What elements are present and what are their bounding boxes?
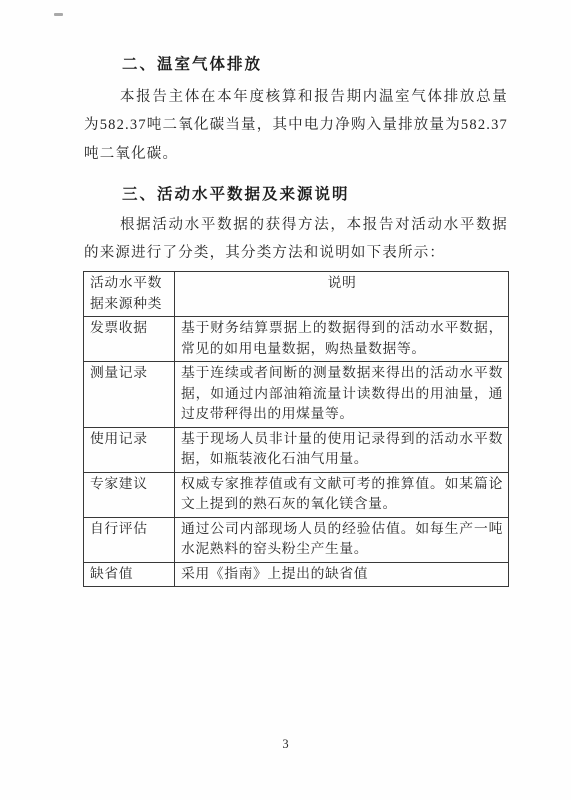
source-type-cell: 自行评估 xyxy=(84,517,175,562)
source-type-cell: 发票收据 xyxy=(84,317,175,362)
source-type-cell: 缺省值 xyxy=(84,562,175,587)
table-row: 发票收据 基于财务结算票据上的数据得到的活动水平数据，常见的如用电量数据，购热量… xyxy=(84,317,509,362)
section-heading-ghg-emissions: 二、温室气体排放 xyxy=(122,52,262,74)
source-type-cell: 测量记录 xyxy=(84,362,175,428)
activity-data-source-table: 活动水平数据来源种类 说明 发票收据 基于财务结算票据上的数据得到的活动水平数据… xyxy=(83,271,509,587)
document-page: 二、温室气体排放 本报告主体在本年度核算和报告期内温室气体排放总量为582.37… xyxy=(0,0,571,800)
table-row: 缺省值 采用《指南》上提出的缺省值 xyxy=(84,562,509,587)
page-number: 3 xyxy=(0,737,571,752)
table-row: 使用记录 基于现场人员非计量的使用记录得到的活动水平数据，如瓶装液化石油气用量。 xyxy=(84,427,509,472)
section-heading-activity-data: 三、活动水平数据及来源说明 xyxy=(122,182,350,204)
column-header-description: 说明 xyxy=(175,272,509,317)
description-cell: 基于现场人员非计量的使用记录得到的活动水平数据，如瓶装液化石油气用量。 xyxy=(175,427,509,472)
paragraph-ghg-emissions: 本报告主体在本年度核算和报告期内温室气体排放总量为582.37吨二氧化碳当量，其… xyxy=(84,83,508,168)
table-row: 测量记录 基于连续或者间断的测量数据来得出的活动水平数据，如通过内部油箱流量计读… xyxy=(84,362,509,428)
source-type-cell: 使用记录 xyxy=(84,427,175,472)
paragraph-activity-data: 根据活动水平数据的获得方法，本报告对活动水平数据的来源进行了分类，其分类方法和说… xyxy=(84,211,508,268)
table-header-row: 活动水平数据来源种类 说明 xyxy=(84,272,509,317)
description-cell: 基于财务结算票据上的数据得到的活动水平数据，常见的如用电量数据，购热量数据等。 xyxy=(175,317,509,362)
description-cell: 权威专家推荐值或有文献可考的推算值。如某篇论文上提到的熟石灰的氧化镁含量。 xyxy=(175,472,509,517)
scan-artifact xyxy=(54,13,63,16)
description-cell: 基于连续或者间断的测量数据来得出的活动水平数据，如通过内部油箱流量计读数得出的用… xyxy=(175,362,509,428)
table-row: 自行评估 通过公司内部现场人员的经验估值。如每生产一吨水泥熟料的窑头粉尘产生量。 xyxy=(84,517,509,562)
column-header-source-type: 活动水平数据来源种类 xyxy=(84,272,175,317)
description-cell: 通过公司内部现场人员的经验估值。如每生产一吨水泥熟料的窑头粉尘产生量。 xyxy=(175,517,509,562)
table-row: 专家建议 权威专家推荐值或有文献可考的推算值。如某篇论文上提到的熟石灰的氧化镁含… xyxy=(84,472,509,517)
description-cell: 采用《指南》上提出的缺省值 xyxy=(175,562,509,587)
source-type-cell: 专家建议 xyxy=(84,472,175,517)
